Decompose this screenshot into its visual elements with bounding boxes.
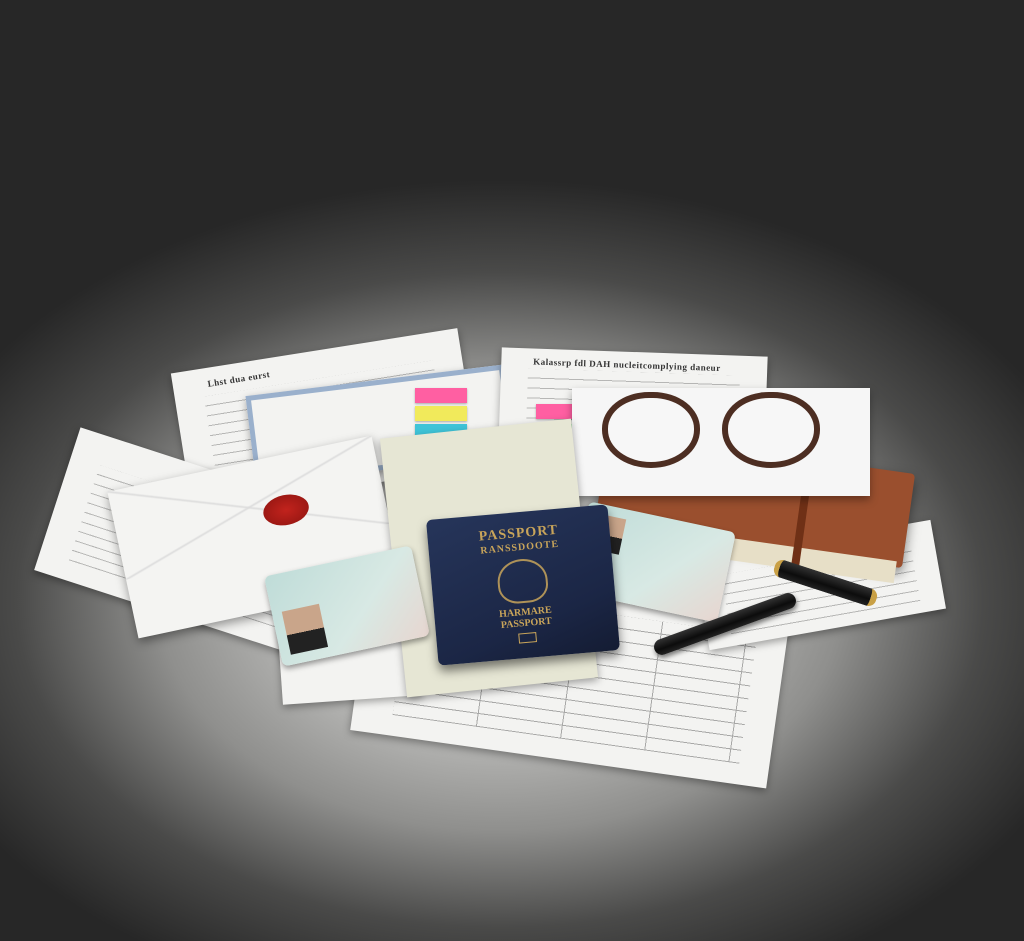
document-title: Lhst dua eurst <box>207 369 271 389</box>
sticky-note <box>415 406 467 421</box>
biometric-chip-icon <box>518 632 537 644</box>
sticky-note <box>415 388 467 403</box>
lens-right <box>722 392 820 468</box>
sticky-note <box>536 404 574 419</box>
id-photo <box>282 604 328 655</box>
eyeglasses <box>602 390 816 470</box>
passport: PASSPORT RANSSDOOTE HARMARE PASSPORT <box>426 504 620 665</box>
photo-scene: Lhst dua eurst Kalassrp fdl DAH nucleitc… <box>0 0 1024 941</box>
lens-left <box>602 392 700 468</box>
eagle-emblem-icon <box>496 557 550 605</box>
